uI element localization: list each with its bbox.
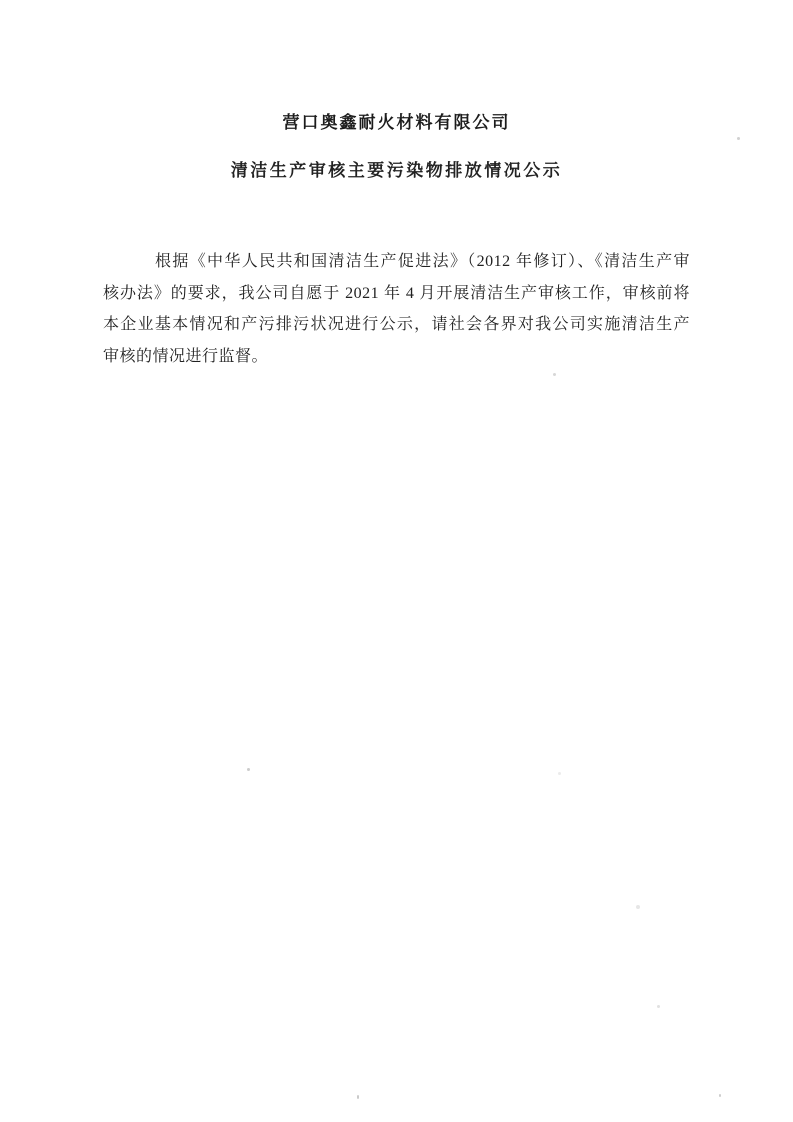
paragraph-line: 审核的情况进行监督。 — [103, 341, 690, 373]
announcement-paragraph: 根据《中华人民共和国清洁生产促进法》（2012 年修订）、《清洁生产审 核办法》… — [103, 246, 690, 372]
scan-speck — [719, 1094, 721, 1097]
document-subtitle: 清洁生产审核主要污染物排放情况公示 — [0, 156, 793, 181]
scanned-document-page: 营口奥鑫耐火材料有限公司 清洁生产审核主要污染物排放情况公示 根据《中华人民共和… — [0, 0, 793, 1122]
scan-speck — [357, 1095, 359, 1099]
scan-speck — [657, 1005, 660, 1008]
scan-speck — [737, 137, 740, 140]
paragraph-line: 本企业基本情况和产污排污状况进行公示，请社会各界对我公司实施清洁生产 — [103, 309, 690, 341]
scan-speck — [553, 373, 556, 376]
scan-speck — [247, 768, 250, 771]
company-title: 营口奥鑫耐火材料有限公司 — [0, 108, 793, 133]
paragraph-line: 核办法》的要求，我公司自愿于 2021 年 4 月开展清洁生产审核工作，审核前将 — [103, 278, 690, 310]
scan-speck — [636, 905, 640, 909]
paragraph-line: 根据《中华人民共和国清洁生产促进法》（2012 年修订）、《清洁生产审 — [103, 246, 690, 278]
scan-speck — [558, 772, 561, 775]
